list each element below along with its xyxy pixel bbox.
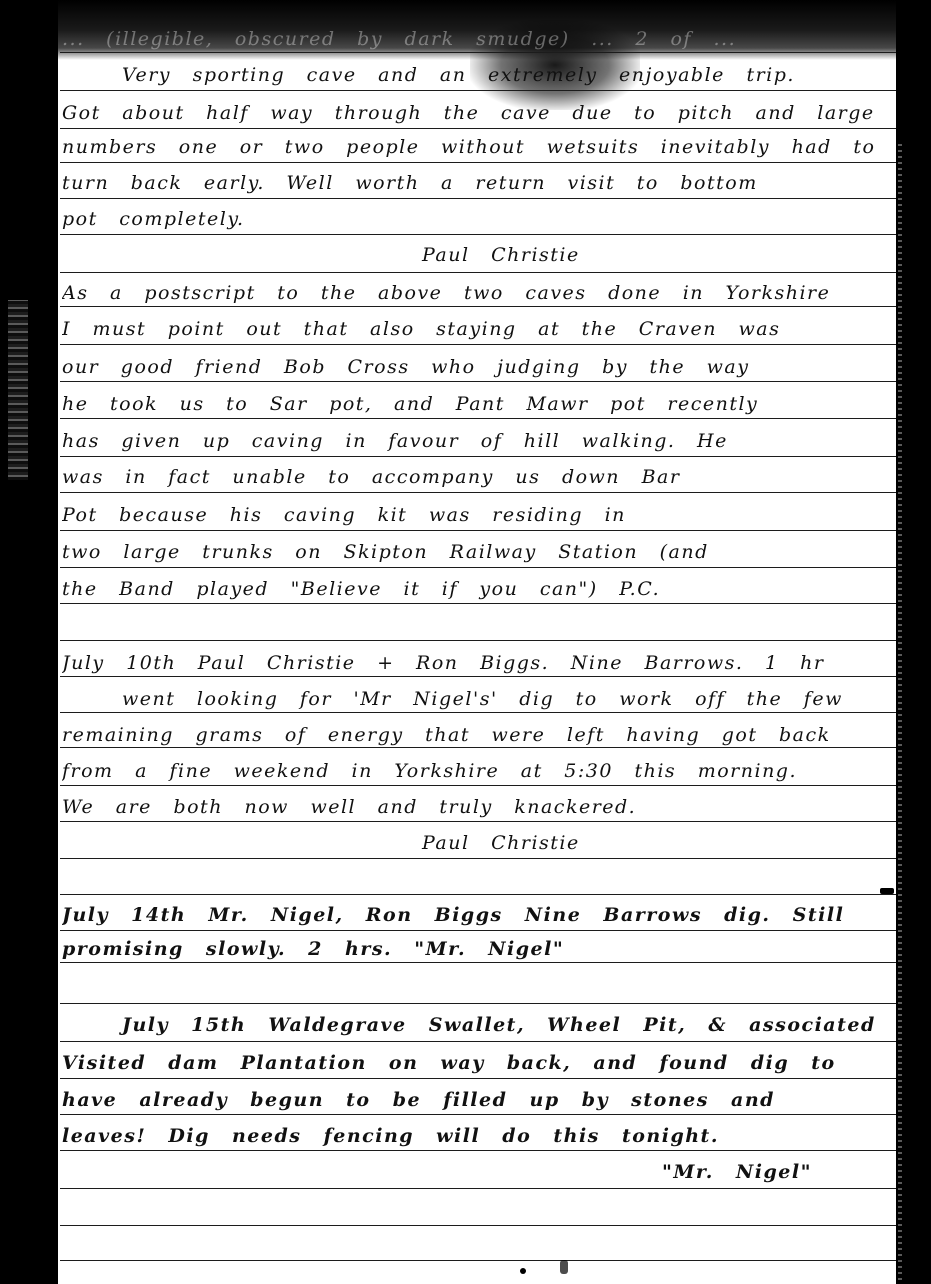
entry-header-july-10: July 10th Paul Christie + Ron Biggs. Nin… <box>62 646 882 680</box>
handwritten-line: Got about half way through the cave due … <box>62 96 882 130</box>
scan-speck <box>520 1268 526 1274</box>
signature: Paul Christie <box>62 238 882 272</box>
handwritten-line: As a postscript to the above two caves d… <box>62 276 882 310</box>
signature: Paul Christie <box>62 826 882 860</box>
ruled-line <box>60 1260 896 1261</box>
right-page-edge <box>896 0 931 1284</box>
handwritten-line: promising slowly. 2 hrs. "Mr. Nigel" <box>62 932 882 966</box>
handwritten-line: pot completely. <box>62 202 882 236</box>
handwritten-line: Very sporting cave and an extremely enjo… <box>62 58 882 92</box>
handwritten-line: have already begun to be filled up by st… <box>62 1083 882 1117</box>
ruled-line <box>60 1003 896 1004</box>
handwritten-line: the Band played "Believe it if you can")… <box>62 572 882 606</box>
handwritten-line: Visited dam Plantation on way back, and … <box>62 1046 882 1080</box>
ruled-line <box>60 272 896 273</box>
signature: "Mr. Nigel" <box>62 1155 882 1189</box>
handwritten-line-obscured: ... (illegible, obscured by dark smudge)… <box>62 22 882 56</box>
entry-header-july-14: July 14th Mr. Nigel, Ron Biggs Nine Barr… <box>62 898 882 932</box>
binding-edge <box>8 300 28 480</box>
handwritten-line: was in fact unable to accompany us down … <box>62 460 882 494</box>
handwritten-line: our good friend Bob Cross who judging by… <box>62 350 882 384</box>
handwritten-line: from a fine weekend in Yorkshire at 5:30… <box>62 754 882 788</box>
handwritten-line: numbers one or two people without wetsui… <box>62 130 882 164</box>
handwritten-line: Pot because his caving kit was residing … <box>62 498 882 532</box>
handwritten-line: We are both now well and truly knackered… <box>62 790 882 824</box>
handwritten-line: he took us to Sar pot, and Pant Mawr pot… <box>62 387 882 421</box>
handwritten-line: turn back early. Well worth a return vis… <box>62 166 882 200</box>
handwritten-line: two large trunks on Skipton Railway Stat… <box>62 535 882 569</box>
scan-speck <box>880 888 894 894</box>
ruled-line <box>60 1225 896 1226</box>
entry-header-july-15: July 15th Waldegrave Swallet, Wheel Pit,… <box>62 1008 882 1042</box>
handwritten-line: has given up caving in favour of hill wa… <box>62 424 882 458</box>
ruled-line <box>60 640 896 641</box>
ruled-line <box>60 894 896 895</box>
handwritten-line: leaves! Dig needs fencing will do this t… <box>62 1119 882 1153</box>
handwritten-line: remaining grams of energy that were left… <box>62 718 882 752</box>
handwritten-line: I must point out that also staying at th… <box>62 312 882 346</box>
scan-speck <box>560 1260 568 1274</box>
handwritten-line: went looking for 'Mr Nigel's' dig to wor… <box>62 682 882 716</box>
